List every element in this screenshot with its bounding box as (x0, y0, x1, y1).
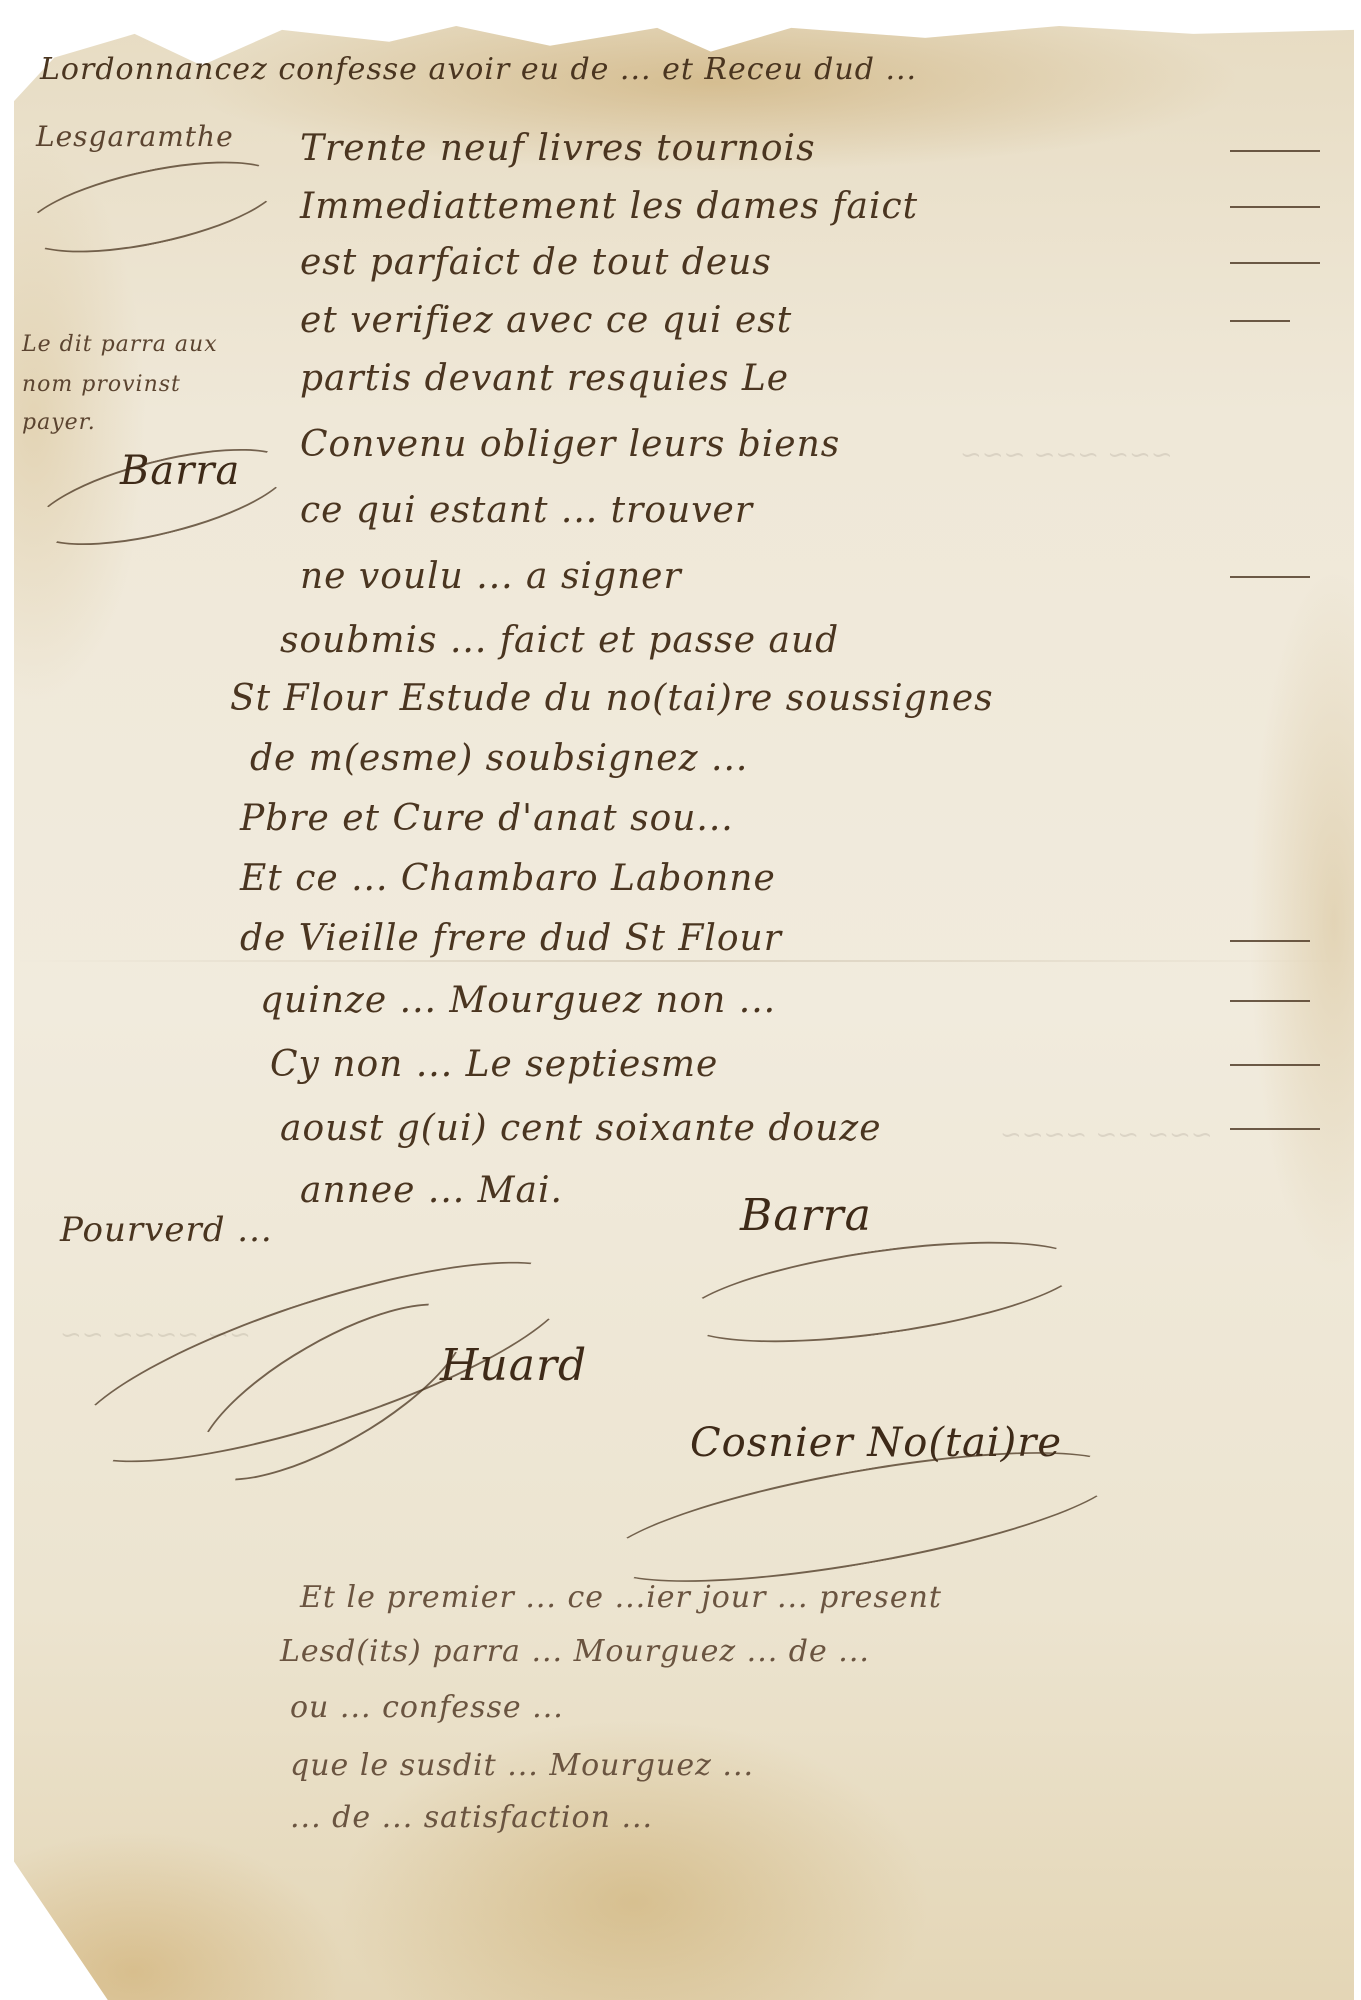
body-line: Et ce ... Chambaro Labonne (240, 858, 776, 899)
line-end-dash (1230, 320, 1290, 322)
page-fold-crease (14, 960, 1354, 962)
line-end-dash (1230, 576, 1310, 578)
header-line: Lordonnancez confesse avoir eu de ... et… (40, 52, 917, 87)
body-line: partis devant resquies Le (300, 358, 789, 399)
line-end-dash (1230, 262, 1320, 264)
line-end-dash (1230, 1128, 1320, 1130)
line-end-dash (1230, 150, 1320, 152)
body-line: Trente neuf livres tournois (300, 128, 816, 169)
body-line: ce qui estant ... trouver (300, 490, 753, 531)
body-line: de m(esme) soubsignez ... (250, 738, 748, 779)
line-end-dash (1230, 940, 1310, 942)
body-line: et verifiez avec ce qui est (300, 300, 792, 341)
margin-note: payer. (22, 410, 96, 435)
signature-barra-margin: Barra (120, 448, 240, 494)
body-line: St Flour Estude du no(tai)re soussignes (230, 678, 994, 719)
body-line: ne voulu ... a signer (300, 556, 682, 597)
line-end-dash (1230, 1064, 1320, 1066)
bleed-through-text: ~~~ ~~~ ~~~ (960, 440, 1173, 470)
signature-huard: Huard (440, 1340, 587, 1391)
footer-line: ou ... confesse ... (290, 1690, 564, 1725)
body-line: aoust g(ui) cent soixante douze (280, 1108, 882, 1149)
body-line: Convenu obliger leurs biens (300, 424, 840, 465)
line-end-dash (1230, 1000, 1310, 1002)
body-line: annee ... Mai. (300, 1170, 563, 1211)
body-line: Pbre et Cure d'anat sou... (240, 798, 734, 839)
margin-note: nom provinst (22, 372, 181, 397)
body-line: Immediattement les dames faict (300, 186, 918, 227)
margin-note: Lesgaramthe (36, 120, 234, 153)
body-line: est parfaict de tout deus (300, 242, 772, 283)
margin-note: Le dit parra aux (22, 332, 218, 357)
body-line: quinze ... Mourguez non ... (260, 980, 776, 1021)
body-line: de Vieille frere dud St Flour (240, 918, 782, 959)
footer-line: Et le premier ... ce ...ier jour ... pre… (300, 1580, 942, 1615)
left-signature: Pourverd ... (60, 1210, 273, 1250)
footer-line: que le susdit ... Mourguez ... (290, 1748, 754, 1783)
body-line: Cy non ... Le septiesme (270, 1044, 718, 1085)
line-end-dash (1230, 206, 1320, 208)
body-line: soubmis ... faict et passe aud (280, 620, 839, 661)
footer-line: Lesd(its) parra ... Mourguez ... de ... (280, 1634, 870, 1669)
bleed-through-text: ~~~ ~~ ~~~~ (1000, 1120, 1213, 1150)
footer-line: ... de ... satisfaction ... (290, 1800, 653, 1835)
signature-barra: Barra (740, 1190, 872, 1241)
